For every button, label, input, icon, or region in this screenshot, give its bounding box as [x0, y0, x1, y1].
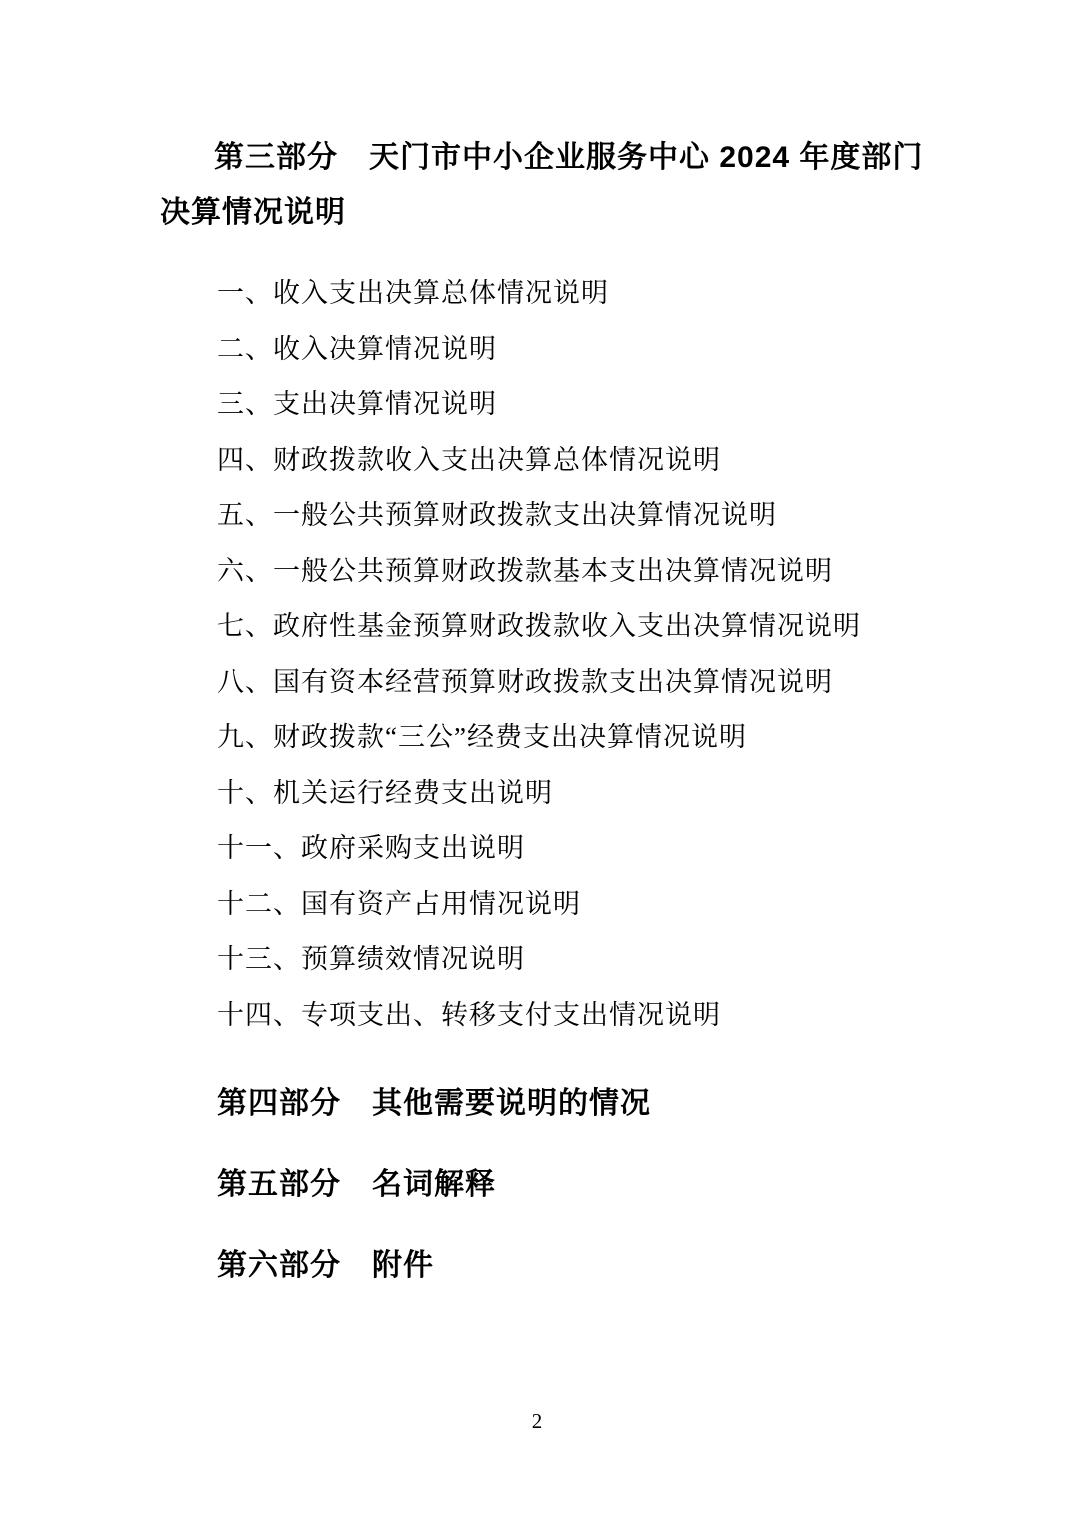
toc-item-3: 三、支出决算情况说明	[217, 377, 924, 433]
toc-item-13: 十三、预算绩效情况说明	[217, 932, 924, 988]
section-heading-part4: 第四部分 其他需要说明的情况	[217, 1084, 924, 1124]
toc-item-1: 一、收入支出决算总体情况说明	[217, 266, 924, 322]
toc-item-10: 十、机关运行经费支出说明	[217, 766, 924, 822]
toc-item-11: 十一、政府采购支出说明	[217, 821, 924, 877]
toc-list: 一、收入支出决算总体情况说明 二、收入决算情况说明 三、支出决算情况说明 四、财…	[160, 266, 924, 1043]
toc-item-9: 九、财政拨款“三公”经费支出决算情况说明	[217, 710, 924, 766]
toc-item-5: 五、一般公共预算财政拨款支出决算情况说明	[217, 488, 924, 544]
toc-item-12: 十二、国有资产占用情况说明	[217, 877, 924, 933]
toc-item-14: 十四、专项支出、转移支付支出情况说明	[217, 988, 924, 1044]
section-heading-part6: 第六部分 附件	[217, 1246, 924, 1286]
section-heading-part5: 第五部分 名词解释	[217, 1165, 924, 1205]
toc-item-4: 四、财政拨款收入支出决算总体情况说明	[217, 433, 924, 489]
toc-item-7: 七、政府性基金预算财政拨款收入支出决算情况说明	[217, 599, 924, 655]
document-title: 第三部分 天门市中小企业服务中心 2024 年度部门决算情况说明	[160, 130, 924, 240]
toc-item-6: 六、一般公共预算财政拨款基本支出决算情况说明	[217, 544, 924, 600]
toc-item-8: 八、国有资本经营预算财政拨款支出决算情况说明	[217, 655, 924, 711]
document-page: 第三部分 天门市中小企业服务中心 2024 年度部门决算情况说明 一、收入支出决…	[0, 0, 1074, 1520]
toc-item-2: 二、收入决算情况说明	[217, 322, 924, 378]
page-number: 2	[0, 1409, 1074, 1434]
